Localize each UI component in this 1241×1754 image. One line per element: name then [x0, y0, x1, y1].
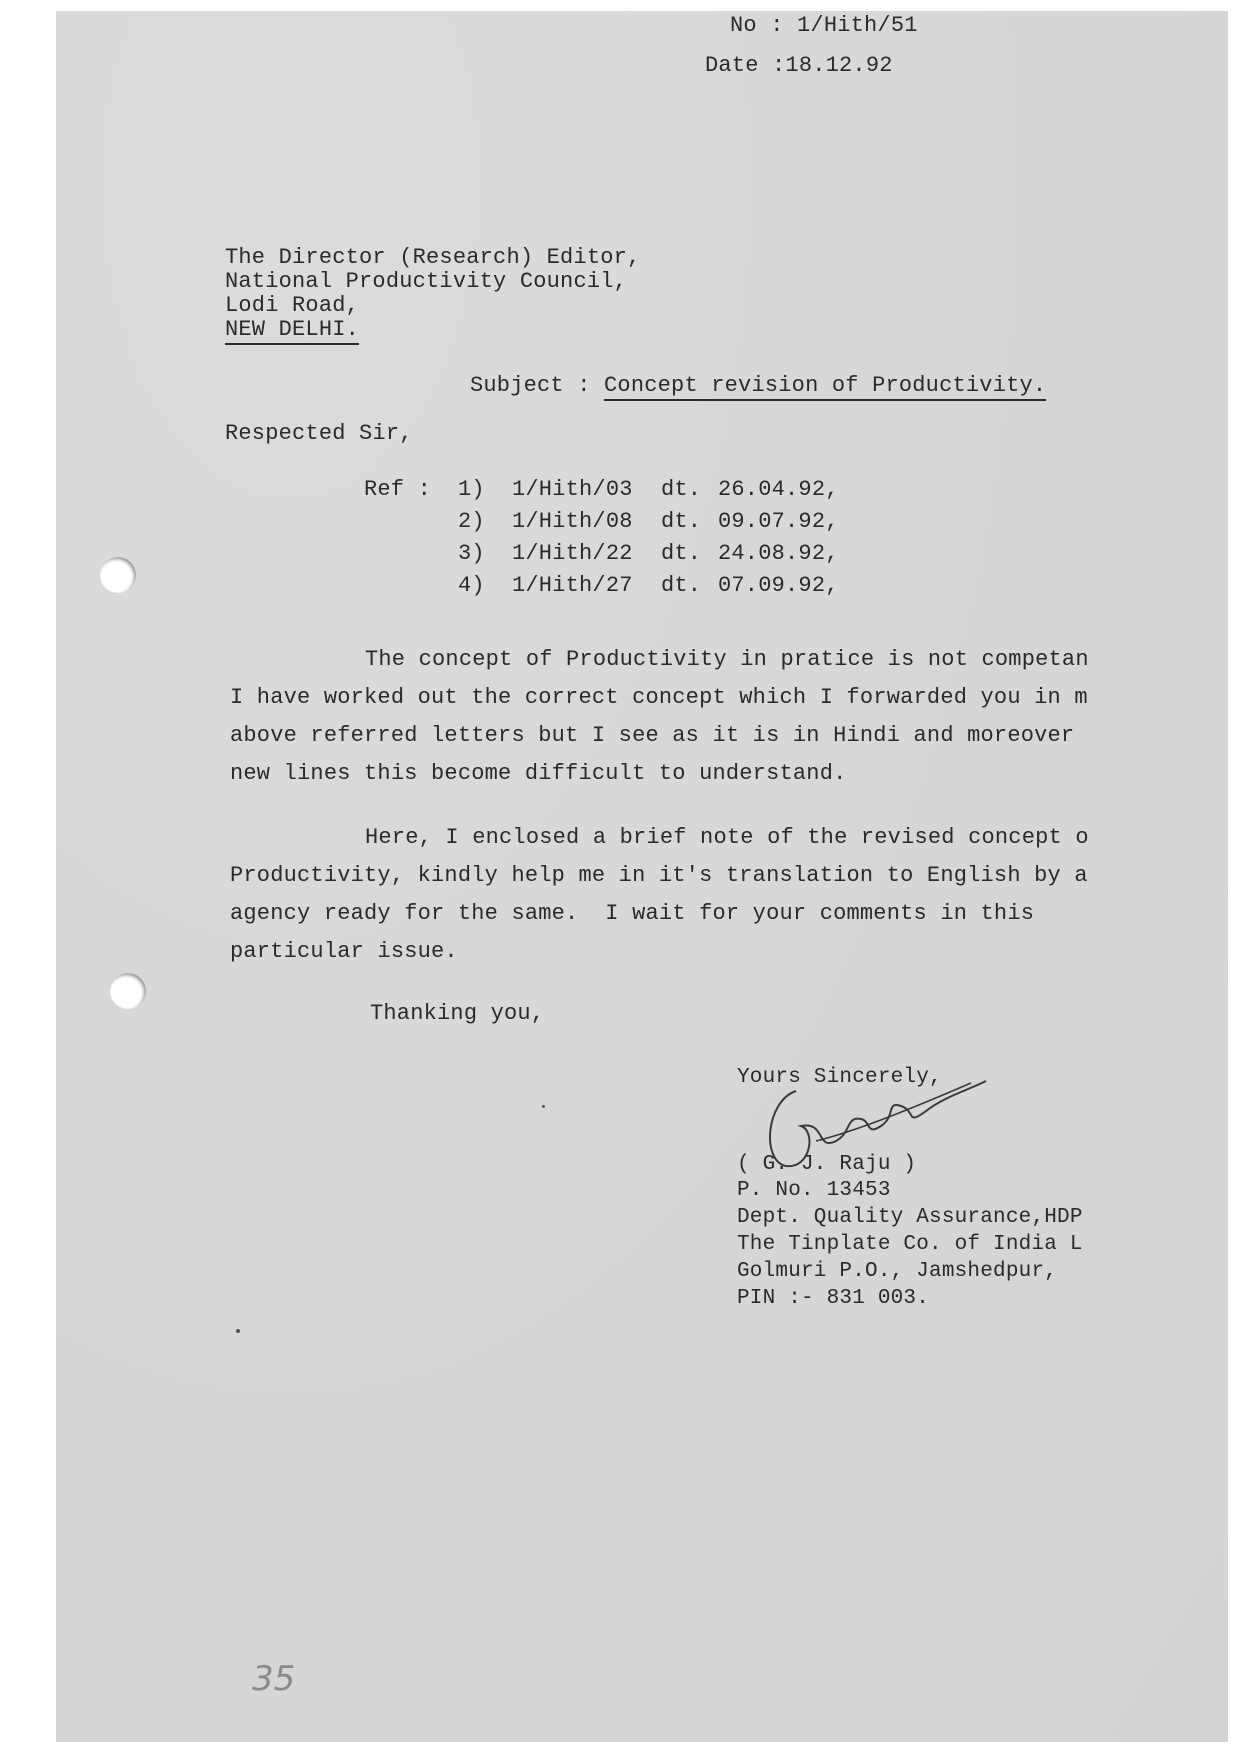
addressee-line-2: National Productivity Council,	[225, 269, 627, 294]
paragraph-2-line-3: agency ready for the same. I wait for yo…	[230, 901, 1034, 926]
speck	[236, 1329, 240, 1333]
letter-page: No : 1/Hith/51 Date :18.12.92 The Direct…	[56, 11, 1228, 1742]
date-value: 18.12.92	[785, 53, 892, 78]
reference-date: 09.07.92,	[718, 509, 839, 534]
letter-date: Date :18.12.92	[705, 53, 893, 78]
signatory-name: ( G. J. Raju )	[737, 1153, 916, 1176]
handwritten-page-number: 35	[252, 1659, 295, 1699]
ref-no-value: 1/Hith/51	[797, 13, 918, 38]
reference-dt-label: dt.	[661, 477, 701, 502]
salutation: Respected Sir,	[225, 421, 413, 446]
pin-code: PIN :- 831 003.	[737, 1287, 929, 1310]
ref-no-label: No :	[730, 13, 784, 38]
paragraph-2-line-4: particular issue.	[230, 939, 458, 964]
reference-dt-label: dt.	[661, 541, 701, 566]
paragraph-1-line-4: new lines this become difficult to under…	[230, 761, 847, 786]
reference-number-index: 3)	[458, 541, 485, 566]
paragraph-1-line-1: The concept of Productivity in pratice i…	[365, 647, 1089, 672]
date-label: Date :	[705, 53, 785, 78]
subject-line: Subject : Concept revision of Productivi…	[470, 373, 1046, 398]
punch-hole	[100, 557, 136, 593]
addressee-line-1: The Director (Research) Editor,	[225, 245, 640, 270]
reference-dt-label: dt.	[661, 509, 701, 534]
subject-text: Concept revision of Productivity.	[604, 373, 1046, 401]
closing: Thanking you,	[370, 1001, 544, 1026]
reference-dt-label: dt.	[661, 573, 701, 598]
subject-label: Subject :	[470, 373, 591, 398]
reference-letter-no: 1/Hith/08	[512, 509, 633, 534]
paragraph-2-line-1: Here, I enclosed a brief note of the rev…	[365, 825, 1089, 850]
reference-letter-no: 1/Hith/03	[512, 477, 633, 502]
reference-number: No : 1/Hith/51	[730, 13, 918, 38]
addressee-line-3: Lodi Road,	[225, 293, 359, 318]
address: Golmuri P.O., Jamshedpur,	[737, 1260, 1057, 1283]
paragraph-2-line-2: Productivity, kindly help me in it's tra…	[230, 863, 1088, 888]
paragraph-1-line-2: I have worked out the correct concept wh…	[230, 685, 1088, 710]
reference-date: 26.04.92,	[718, 477, 839, 502]
reference-letter-no: 1/Hith/27	[512, 573, 633, 598]
reference-number-index: 1)	[458, 477, 485, 502]
paragraph-1-line-3: above referred letters but I see as it i…	[230, 723, 1074, 748]
references-label: Ref :	[364, 477, 431, 502]
reference-number-index: 4)	[458, 573, 485, 598]
addressee-line-4: NEW DELHI.	[225, 317, 359, 345]
speck	[542, 1105, 545, 1108]
punch-hole	[110, 973, 146, 1009]
department: Dept. Quality Assurance,HDP	[737, 1206, 1083, 1229]
reference-letter-no: 1/Hith/22	[512, 541, 633, 566]
personal-number: P. No. 13453	[737, 1179, 891, 1202]
reference-date: 24.08.92,	[718, 541, 839, 566]
reference-date: 07.09.92,	[718, 573, 839, 598]
reference-number-index: 2)	[458, 509, 485, 534]
company: The Tinplate Co. of India L	[737, 1233, 1083, 1256]
